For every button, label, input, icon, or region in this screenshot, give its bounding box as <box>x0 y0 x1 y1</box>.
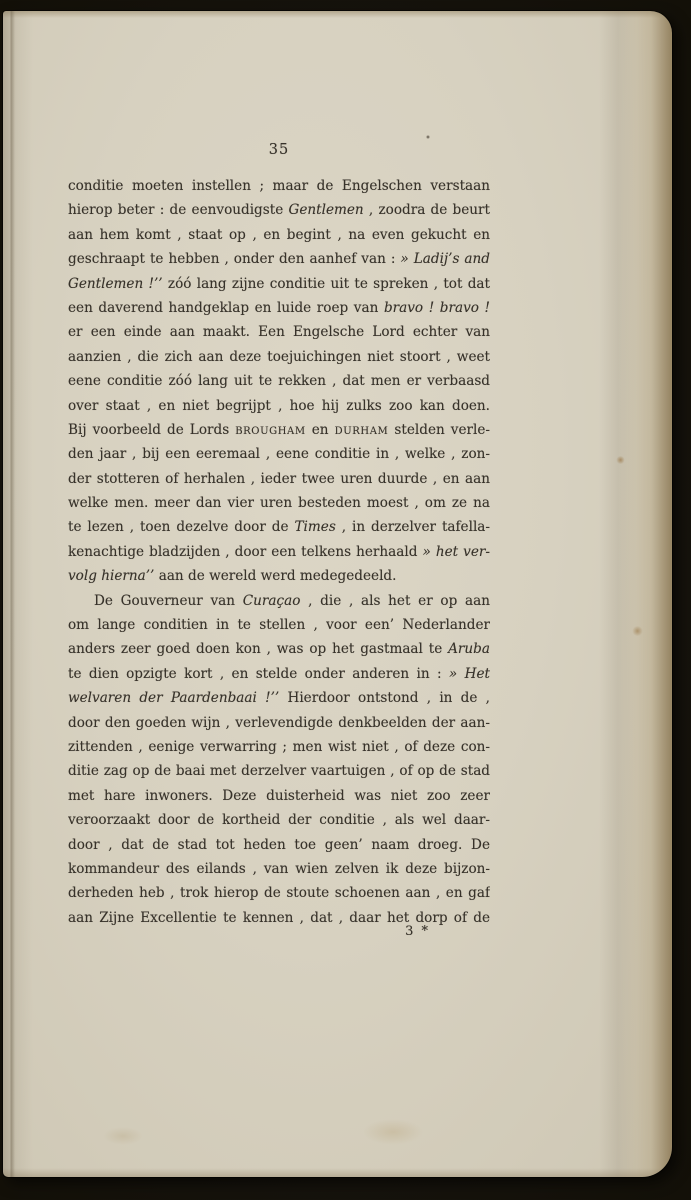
text-segment: geschraapt te hebben , onder den aanhef … <box>68 251 400 267</box>
text-segment: door den goeden wijn , verlevendigde den… <box>68 715 490 731</box>
text-segment: ditie zag op de baai met derzelver vaart… <box>68 763 490 779</box>
text-line: conditie moeten instellen ; maar de Enge… <box>68 174 490 198</box>
text-line: kommandeur des eilands , van wien zelven… <box>68 857 490 881</box>
paper-stain <box>103 1127 143 1145</box>
text-segment: er een einde aan maakt. Een Engelsche Lo… <box>68 324 490 340</box>
paper-stain <box>363 1119 423 1145</box>
text-segment: , zoodra de beurt <box>364 202 490 218</box>
text-segment: hierop beter : de eenvoudigste <box>68 202 288 218</box>
text-line: te lezen , toen dezelve door de Times , … <box>68 515 490 539</box>
text-segment: en <box>306 422 335 438</box>
text-segment: welke men. meer dan vier uren besteden m… <box>68 495 490 511</box>
text-segment: door , dat de stad tot heden toe geen’ n… <box>68 837 490 853</box>
text-line: aanzien , die zich aan deze toejuichinge… <box>68 345 490 369</box>
text-segment: » Ladij’s and <box>400 251 490 267</box>
text-segment: bravo ! bravo ! <box>384 300 490 316</box>
text-segment: durham <box>335 422 389 438</box>
text-segment: Times <box>294 519 335 535</box>
foxing-spot <box>616 456 625 464</box>
text-segment: » het ver- <box>422 544 490 560</box>
text-line: door , dat de stad tot heden toe geen’ n… <box>68 833 490 857</box>
text-line: om lange conditien in te stellen , voor … <box>68 613 490 637</box>
text-segment: aanzien , die zich aan deze toejuichinge… <box>68 349 490 365</box>
text-line: aan hem komt , staat op , en begint , na… <box>68 223 490 247</box>
text-line: welke men. meer dan vier uren besteden m… <box>68 491 490 515</box>
text-line: eene conditie zóó lang uit te rekken , d… <box>68 369 490 393</box>
text-segment: veroorzaakt door de kortheid der conditi… <box>68 812 490 828</box>
text-line: ditie zag op de baai met derzelver vaart… <box>68 759 490 783</box>
text-segment: Gentlemen <box>288 202 363 218</box>
text-segment: te lezen , toen dezelve door de <box>68 519 294 535</box>
text-segment: , in derzelver tafella- <box>336 519 490 535</box>
foxing-spot <box>632 626 643 636</box>
text-line: met hare inwoners. Deze duisterheid was … <box>68 784 490 808</box>
text-line: door den goeden wijn , verlevendigde den… <box>68 711 490 735</box>
text-line: er een einde aan maakt. Een Engelsche Lo… <box>68 320 490 344</box>
text-segment: derheden heb , trok hierop de stoute sch… <box>68 885 490 901</box>
text-line: te dien opzigte kort , en stelde onder a… <box>68 662 490 686</box>
text-segment: zittenden , eenige verwarring ; men wist… <box>68 739 490 755</box>
text-line: kenachtige bladzijden , door een telkens… <box>68 540 490 564</box>
page-number: 35 <box>68 142 490 158</box>
text-line: volg hierna’’ aan de wereld werd medeged… <box>68 564 490 588</box>
ink-speck <box>426 135 430 139</box>
text-segment: De Gouverneur van <box>94 593 243 609</box>
text-segment: Gentlemen !’’ <box>68 276 163 292</box>
text-line: zittenden , eenige verwarring ; men wist… <box>68 735 490 759</box>
text-segment: eene conditie zóó lang uit te rekken , d… <box>68 373 490 389</box>
signature-mark: 3 * <box>68 924 490 939</box>
text-segment: den jaar , bij een eeremaal , eene condi… <box>68 446 490 462</box>
text-line: hierop beter : de eenvoudigste Gentlemen… <box>68 198 490 222</box>
text-line: anders zeer goed doen kon , was op het g… <box>68 637 490 661</box>
text-segment: een daverend handgeklap en luide roep va… <box>68 300 384 316</box>
text-line: der stotteren of herhalen , ieder twee u… <box>68 467 490 491</box>
text-line: Bij voorbeeld de Lords brougham en durha… <box>68 418 490 442</box>
text-line: Gentlemen !’’ zóó lang zijne conditie ui… <box>68 272 490 296</box>
text-segment: met hare inwoners. Deze duisterheid was … <box>68 788 490 804</box>
text-line: De Gouverneur van Curaçao , die , als he… <box>68 589 490 613</box>
text-block: conditie moeten instellen ; maar de Enge… <box>68 174 490 930</box>
text-segment: te dien opzigte kort , en stelde onder a… <box>68 666 449 682</box>
text-segment: volg hierna’’ <box>68 568 154 584</box>
text-segment: om lange conditien in te stellen , voor … <box>68 617 490 637</box>
text-segment: welvaren der Paardenbaai !’’ <box>68 690 279 706</box>
text-line: een daverend handgeklap en luide roep va… <box>68 296 490 320</box>
text-segment: stelden verle- <box>388 422 490 438</box>
text-segment: brougham <box>235 422 305 438</box>
scan-background: 35 conditie moeten instellen ; maar de E… <box>0 0 691 1200</box>
text-line: geschraapt te hebben , onder den aanhef … <box>68 247 490 271</box>
text-line: veroorzaakt door de kortheid der conditi… <box>68 808 490 832</box>
text-segment: kenachtige bladzijden , door een telkens… <box>68 544 422 560</box>
text-segment: kommandeur des eilands , van wien zelven… <box>68 861 490 877</box>
text-segment: anders zeer goed doen kon , was op het g… <box>68 641 448 657</box>
text-segment: over staat , en niet begrijpt , hoe hij … <box>68 398 490 414</box>
text-segment: zóó lang zijne conditie uit te spreken ,… <box>163 276 490 292</box>
text-segment: » Het <box>449 666 490 682</box>
text-segment: aan de wereld werd medegedeeld. <box>154 568 396 584</box>
text-line: derheden heb , trok hierop de stoute sch… <box>68 881 490 905</box>
text-segment: der stotteren of herhalen , ieder twee u… <box>68 471 490 487</box>
text-segment: Bij voorbeeld de Lords <box>68 422 235 438</box>
text-segment: aan hem komt , staat op , en begint , na… <box>68 227 490 243</box>
text-segment: Hierdoor ontstond , in de , <box>279 690 490 706</box>
text-line: welvaren der Paardenbaai !’’ Hierdoor on… <box>68 686 490 710</box>
text-line: over staat , en niet begrijpt , hoe hij … <box>68 394 490 418</box>
text-line: den jaar , bij een eeremaal , eene condi… <box>68 442 490 466</box>
text-segment: Curaçao <box>243 593 301 609</box>
book-page: 35 conditie moeten instellen ; maar de E… <box>3 11 672 1177</box>
text-segment: Aruba <box>448 641 490 657</box>
text-segment: conditie moeten instellen ; maar de Enge… <box>68 178 490 198</box>
